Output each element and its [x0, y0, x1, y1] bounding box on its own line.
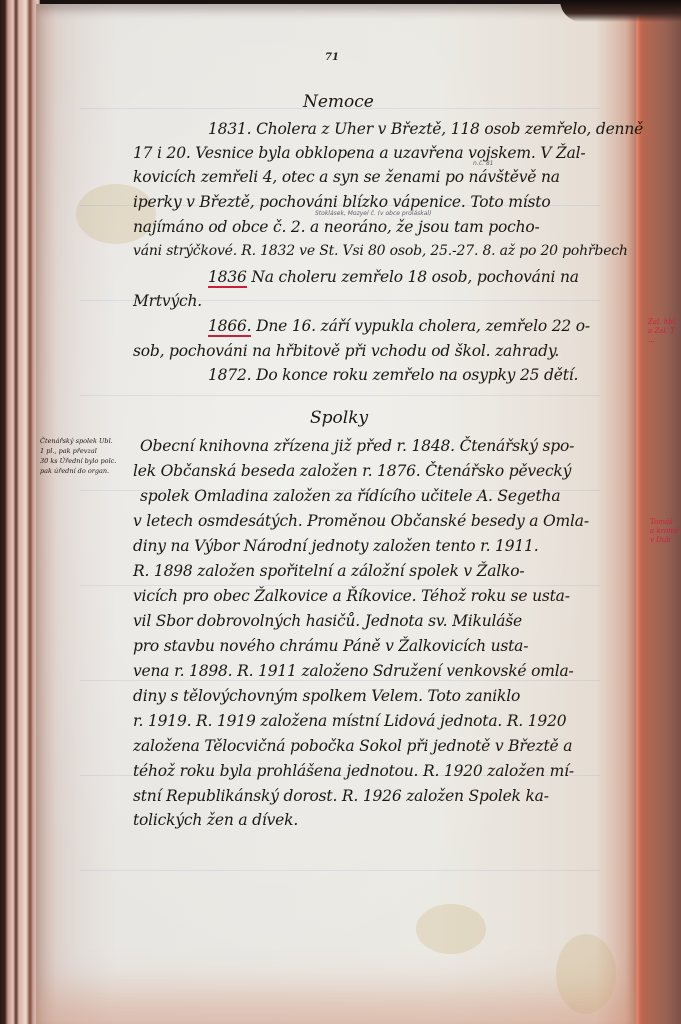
- text-line: iperky v Březtě, pochováni blízko vápeni…: [133, 193, 550, 211]
- ruling-line: [80, 680, 600, 681]
- text-line: vil Sbor dobrovolných hasičů. Jednota sv…: [133, 612, 522, 630]
- text-line: lek Občanská beseda založen r. 1876. Čte…: [133, 462, 571, 480]
- text-line: 1866. Dne 16. září vypukla cholera, zemř…: [208, 317, 590, 335]
- paper-stain: [556, 934, 616, 1014]
- adjacent-page-edge: Zal. hbl. a Zal. T ... Tomáš a kromě v D…: [634, 0, 681, 1024]
- text-line: váni strýčkové. R. 1832 ve St. Vsi 80 os…: [133, 243, 628, 259]
- adjacent-page-note-1: Zal. hbl. a Zal. T ...: [648, 318, 677, 345]
- text-line: najímáno od obce č. 2. a neoráno, že jso…: [133, 218, 540, 236]
- text-line: kovicích zemřeli 4, otec a syn se ženami…: [133, 168, 560, 186]
- text-line: téhož roku byla prohlášena jednotou. R. …: [133, 762, 574, 780]
- adjacent-page-note-2: Tomáš a kromě v Dub: [650, 518, 679, 545]
- text-line: 1836 Na choleru zemřelo 18 osob, pochová…: [208, 268, 579, 286]
- underlined-year: 1866.: [208, 317, 251, 337]
- ruling-line: [80, 870, 600, 871]
- section-heading-nemoce: Nemoce: [303, 92, 374, 112]
- text-line-rest: Dne 16. září vypukla cholera, zemřelo 22…: [256, 317, 590, 335]
- margin-note: Čtenářský spolek Ubl. 1 pl., pak převzal…: [40, 436, 140, 476]
- underlined-year: 1836: [208, 268, 247, 288]
- text-line: spolek Omladina založen za řídícího učit…: [140, 487, 560, 505]
- page-corner-shadow: [560, 0, 681, 22]
- text-line: stní Republikánský dorost. R. 1926 založ…: [133, 787, 549, 805]
- text-line: sob, pochováni na hřbitově při vchodu od…: [133, 342, 559, 360]
- paper-stain: [416, 904, 486, 954]
- text-line: Obecní knihovna zřízena již před r. 1848…: [140, 437, 574, 455]
- book-binding-edges: [0, 0, 40, 1024]
- text-line: diny s tělovýchovným spolkem Velem. Toto…: [133, 687, 520, 705]
- text-line: Mrtvých.: [133, 292, 202, 310]
- ruling-line: [80, 585, 600, 586]
- text-line: 1872. Do konce roku zemřelo na osypky 25…: [208, 366, 578, 384]
- text-line: R. 1898 založen spořitelní a záložní spo…: [133, 562, 524, 580]
- text-line: v letech osmdesátých. Proměnou Občanské …: [133, 512, 589, 530]
- interlinear-note: Stoklásek, Mozyel č. (v obce proláskal): [315, 210, 431, 217]
- text-line: r. 1919. R. 1919 založena místní Lidová …: [133, 712, 566, 730]
- text-line: 1831. Cholera z Uher v Březtě, 118 osob …: [208, 120, 643, 138]
- text-line: 17 i 20. Vesnice byla obklopena a uzavře…: [133, 144, 585, 162]
- text-line: vicích pro obec Žalkovice a Říkovice. Té…: [133, 587, 570, 605]
- text-line-rest: Na choleru zemřelo 18 osob, pochováni na: [251, 268, 578, 286]
- section-heading-spolky: Spolky: [310, 408, 368, 428]
- text-line: pro stavbu nového chrámu Páně v Žalkovic…: [133, 637, 528, 655]
- text-line: diny na Výbor Národní jednoty založen te…: [133, 537, 538, 555]
- page-number: 71: [325, 52, 339, 63]
- text-line: vena r. 1898. R. 1911 založeno Sdružení …: [133, 662, 574, 680]
- ruling-line: [80, 395, 600, 396]
- text-line: tolických žen a dívek.: [133, 811, 298, 829]
- interlinear-note: n.č. 81: [473, 160, 493, 167]
- text-line: založena Tělocvičná pobočka Sokol při je…: [133, 737, 572, 755]
